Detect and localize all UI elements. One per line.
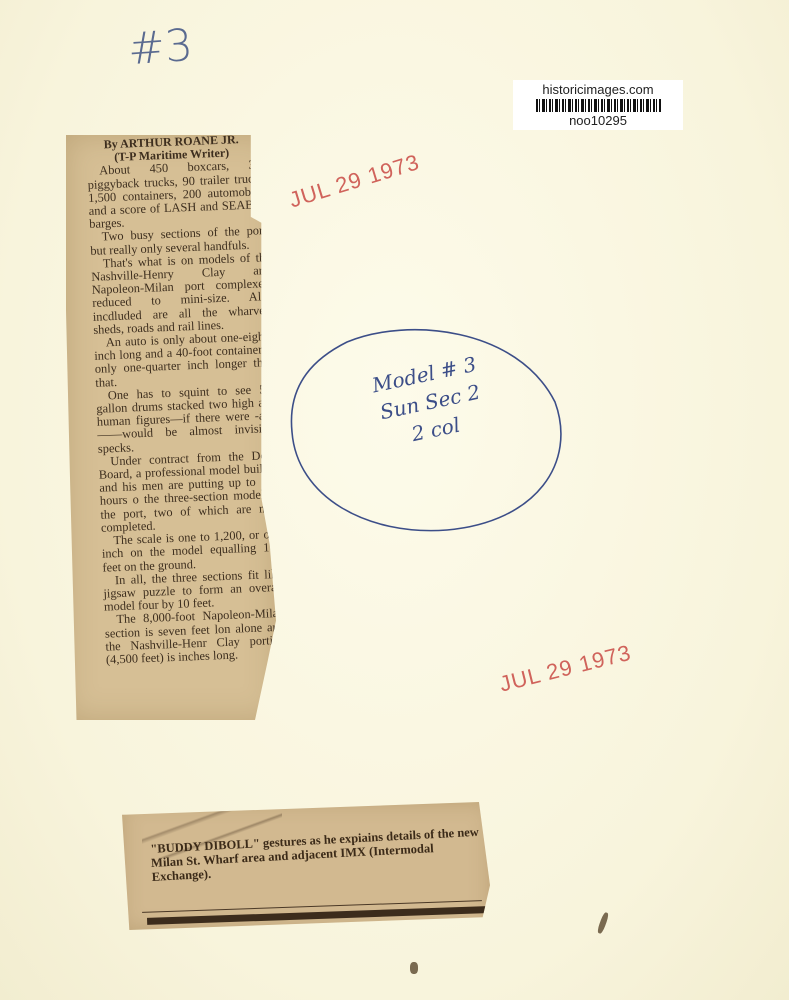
photo-caption-clipping: "BUDDY DIBOLL" gestures as he expiains d… [122,802,490,930]
newspaper-article-clipping: By ARTHUR ROANE JR. (T-P Maritime Writer… [66,135,276,720]
article-text: By ARTHUR ROANE JR. (T-P Maritime Writer… [86,132,286,667]
barcode-icon [536,99,661,112]
article-paragraph: About 450 boxcars, 300 piggyback trucks,… [87,158,269,231]
stain-spot-icon [410,962,418,974]
archive-barcode-label: historicimages.com noo10295 [513,80,683,130]
label-site: historicimages.com [513,82,683,97]
label-code: noo10295 [513,113,683,128]
article-paragraph: Under contract from the Dock Board, a pr… [98,449,281,535]
article-paragraph: An auto is only about one-eighth inch lo… [94,330,276,390]
stain-spot-icon [596,912,609,935]
handwritten-number-mark: #3 [126,20,194,75]
date-stamp: JUL 29 1973 [286,149,423,213]
article-paragraph: That's what is on models of the Nashvill… [91,251,274,337]
article-paragraph: One has to squint to see 55-gallon drums… [96,383,278,456]
article-paragraph: The 8,000-foot Napoleon-Milan section is… [104,607,286,667]
date-stamp: JUL 29 1973 [497,640,634,698]
divider [147,906,487,925]
